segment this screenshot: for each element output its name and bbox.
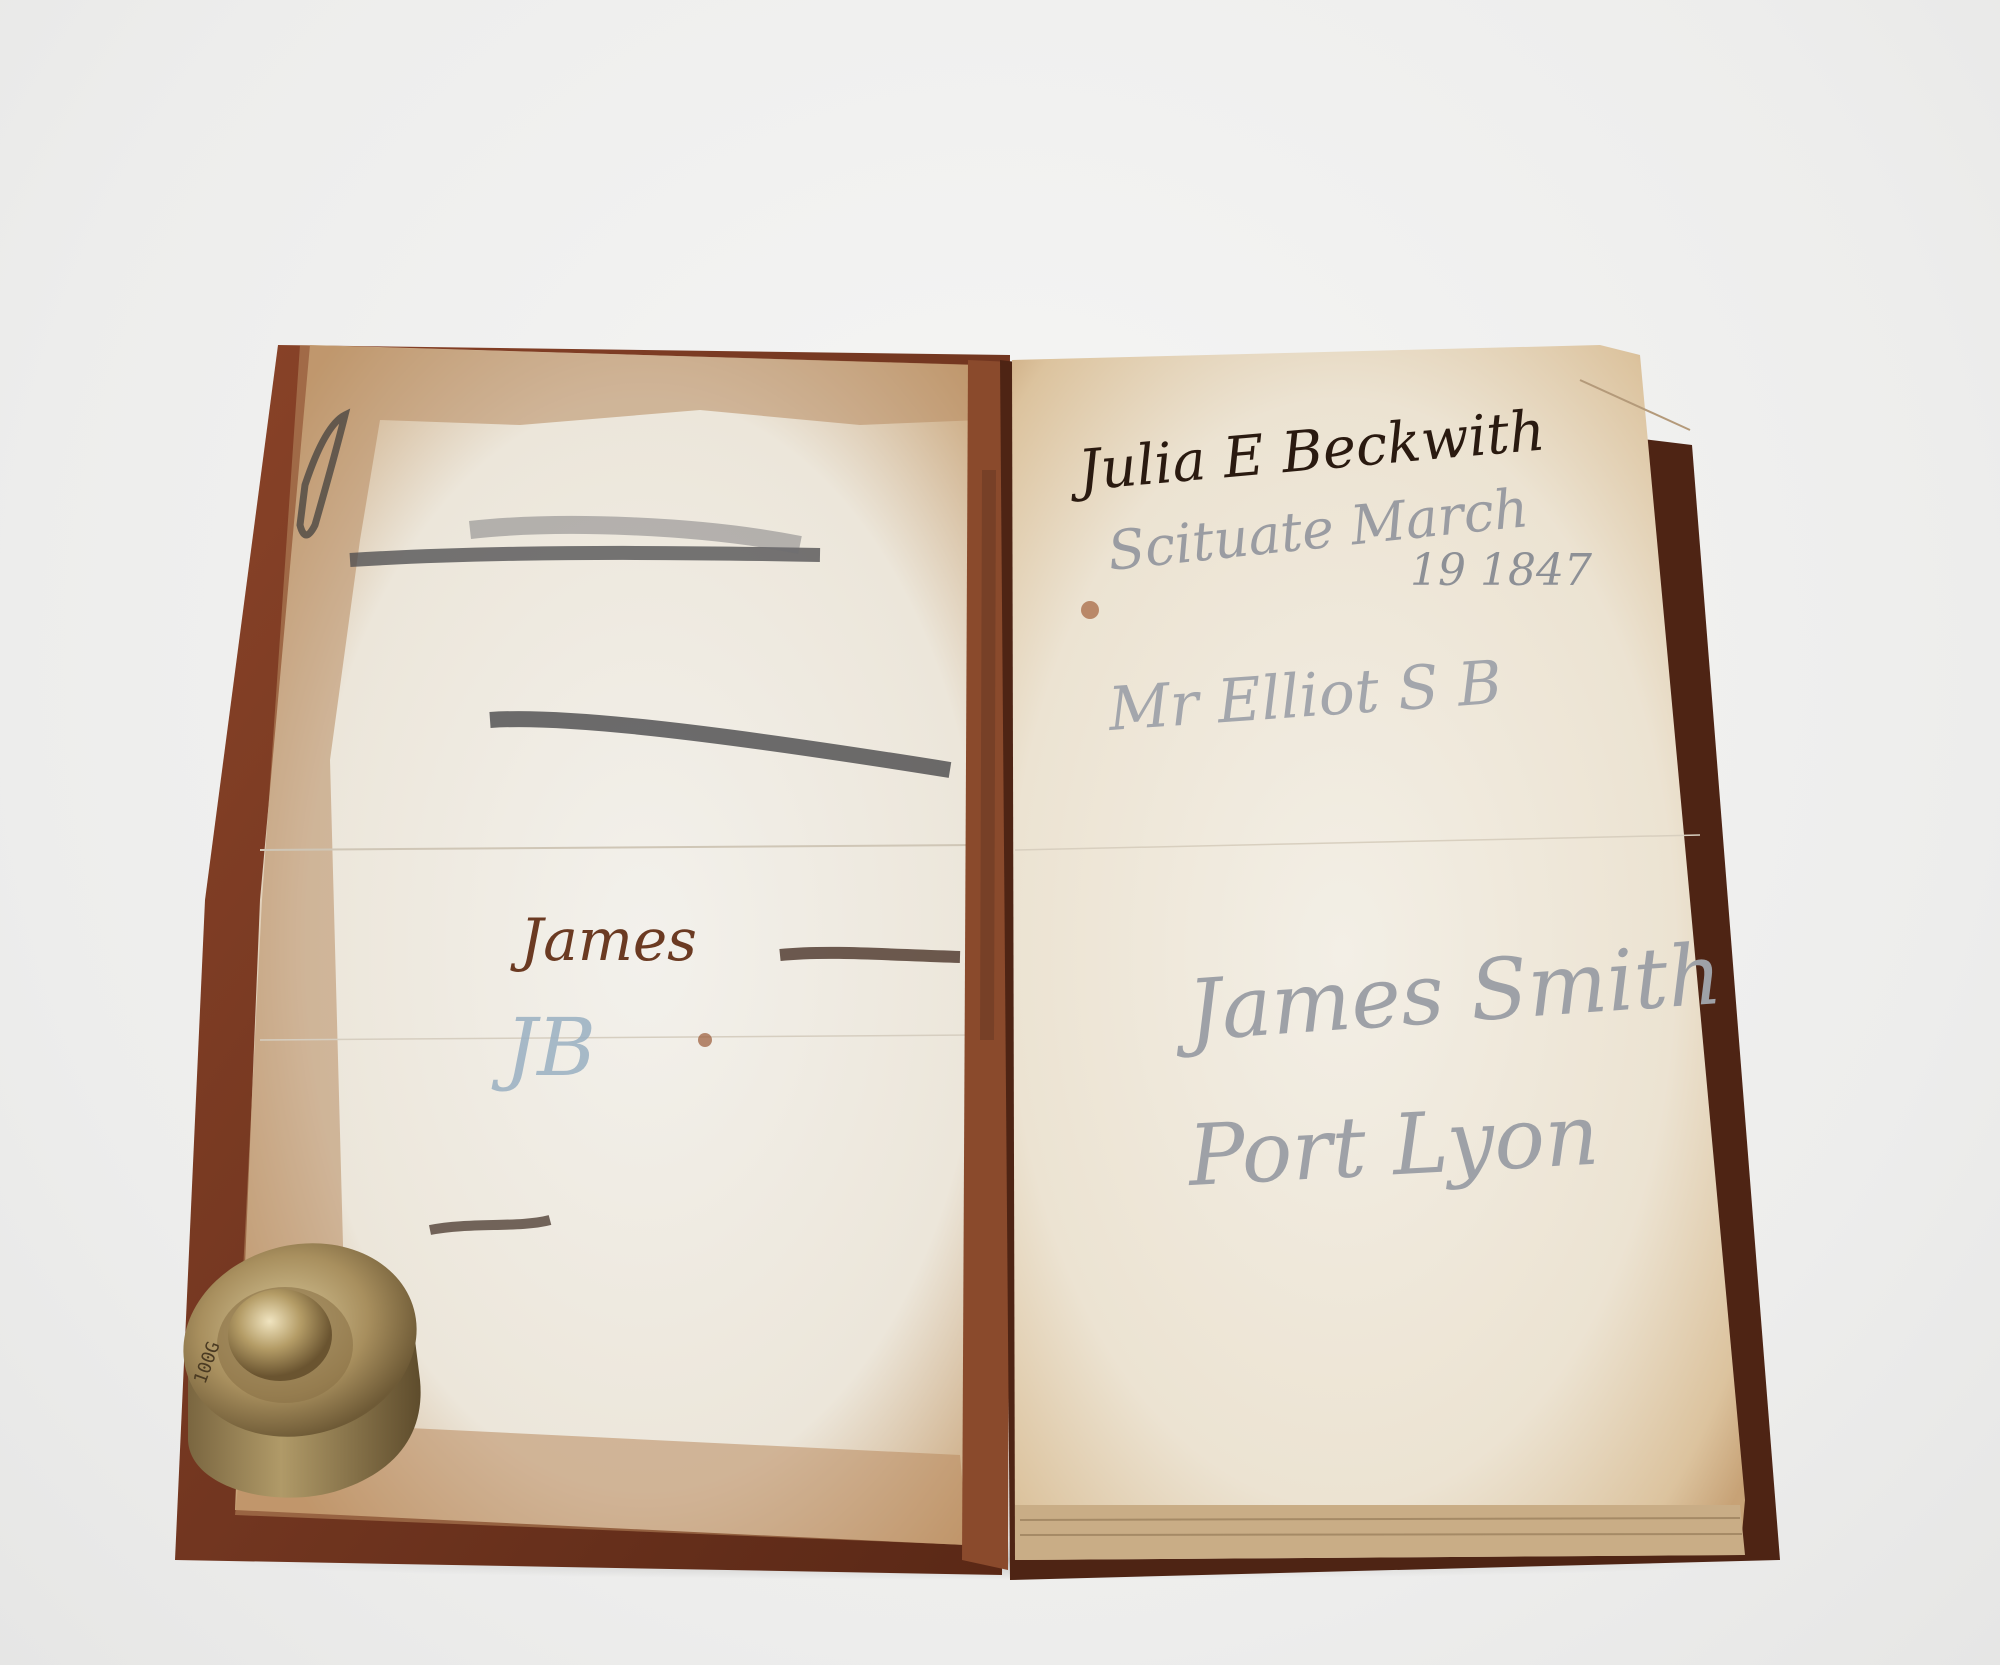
- blue-monogram: JB: [491, 1001, 596, 1094]
- left-name-james: James: [510, 906, 697, 974]
- book-photo: James JB Julia E Beckwith Scituate March…: [0, 0, 2000, 1665]
- pencil-date: 19 1847: [1410, 545, 1592, 596]
